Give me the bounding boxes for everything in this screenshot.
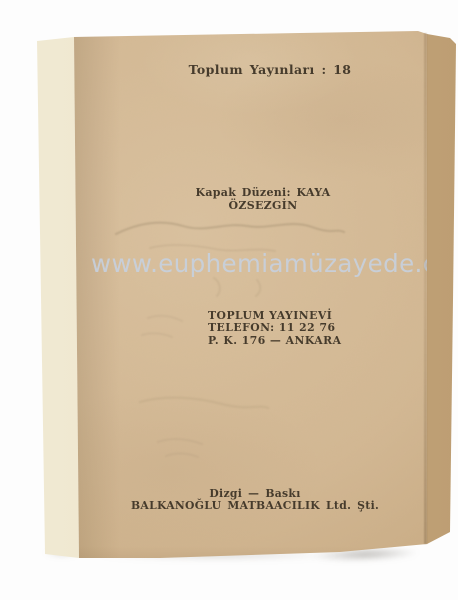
imprint-printer: BALKANOĞLU MATBAACILIK Ltd. Şti. bbox=[118, 500, 392, 512]
page-crease bbox=[424, 33, 427, 544]
imprint-block: Dizgi — Baskı BALKANOĞLU MATBAACILIK Ltd… bbox=[118, 488, 392, 512]
publisher-pobox: P. K. 176 — ANKARA bbox=[208, 335, 342, 347]
series-label: Toplum Yayınları : 18 bbox=[160, 62, 380, 77]
cover-credit: Kapak Düzeni: KAYA ÖZSEZGİN bbox=[163, 186, 363, 212]
publisher-phone: TELEFON: 11 22 76 bbox=[208, 322, 342, 334]
publisher-block: TOPLUM YAYINEVİ TELEFON: 11 22 76 P. K. … bbox=[208, 310, 342, 347]
book-photo: Toplum Yayınları : 18 Kapak Düzeni: KAYA… bbox=[0, 0, 458, 600]
watermark: www.euphemiamüzayede.com bbox=[91, 249, 458, 278]
